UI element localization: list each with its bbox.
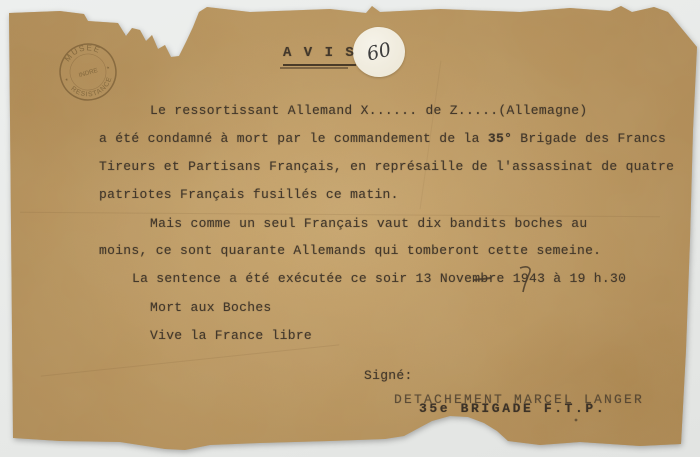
svg-text:MUSEE: MUSEE — [61, 39, 104, 65]
stamp-bottom-text: RESISTANCE — [68, 74, 117, 104]
body-line-2-pre: a été condamné à mort par le commandemen… — [99, 131, 488, 146]
signature-label: Signé: — [364, 368, 413, 383]
body-line-5: Mais comme un seul Français vaut dix ban… — [150, 216, 587, 231]
signature-brigade-line: 35e BRIGADE F.T.P. — [419, 401, 606, 416]
body-line-2-post: Brigade des Francs — [512, 131, 666, 146]
paper-crease — [41, 344, 339, 376]
body-line-1: Le ressortissant Allemand X...... de Z..… — [150, 103, 587, 118]
paper-shadow-wrap: MUSEE RESISTANCE INDRE ★ ★ 60 A V I S Le… — [0, 0, 700, 457]
body-line-6: moins, ce sont quarante Allemands qui to… — [99, 243, 601, 258]
body-line-8: Mort aux Boches — [150, 300, 272, 315]
body-line-3: Tireurs et Partisans Français, en représ… — [99, 159, 674, 174]
body-line-2: a été condamné à mort par le commandemen… — [99, 131, 666, 146]
svg-text:★: ★ — [64, 76, 69, 83]
brigade-number: 35° — [488, 131, 512, 146]
museum-resistance-stamp-icon: MUSEE RESISTANCE INDRE ★ ★ — [42, 27, 135, 117]
scanned-document: MUSEE RESISTANCE INDRE ★ ★ 60 A V I S Le… — [0, 0, 700, 457]
body-line-7: La sentence a été exécutée ce soir 13 No… — [132, 271, 626, 286]
torn-paper-sheet: MUSEE RESISTANCE INDRE ★ ★ 60 A V I S Le… — [0, 0, 700, 457]
svg-text:RESISTANCE: RESISTANCE — [68, 74, 117, 104]
svg-text:★: ★ — [106, 64, 111, 71]
body-line-4: patriotes Français fusillés ce matin. — [99, 187, 399, 202]
stamp-center-text: INDRE — [78, 67, 99, 79]
body-line-9: Vive la France libre — [150, 328, 312, 343]
stamp-top-text: MUSEE — [61, 39, 104, 65]
inventory-number-sticker: 60 — [351, 25, 406, 79]
inventory-number: 60 — [365, 38, 394, 65]
notice-title: A V I S — [283, 46, 356, 66]
